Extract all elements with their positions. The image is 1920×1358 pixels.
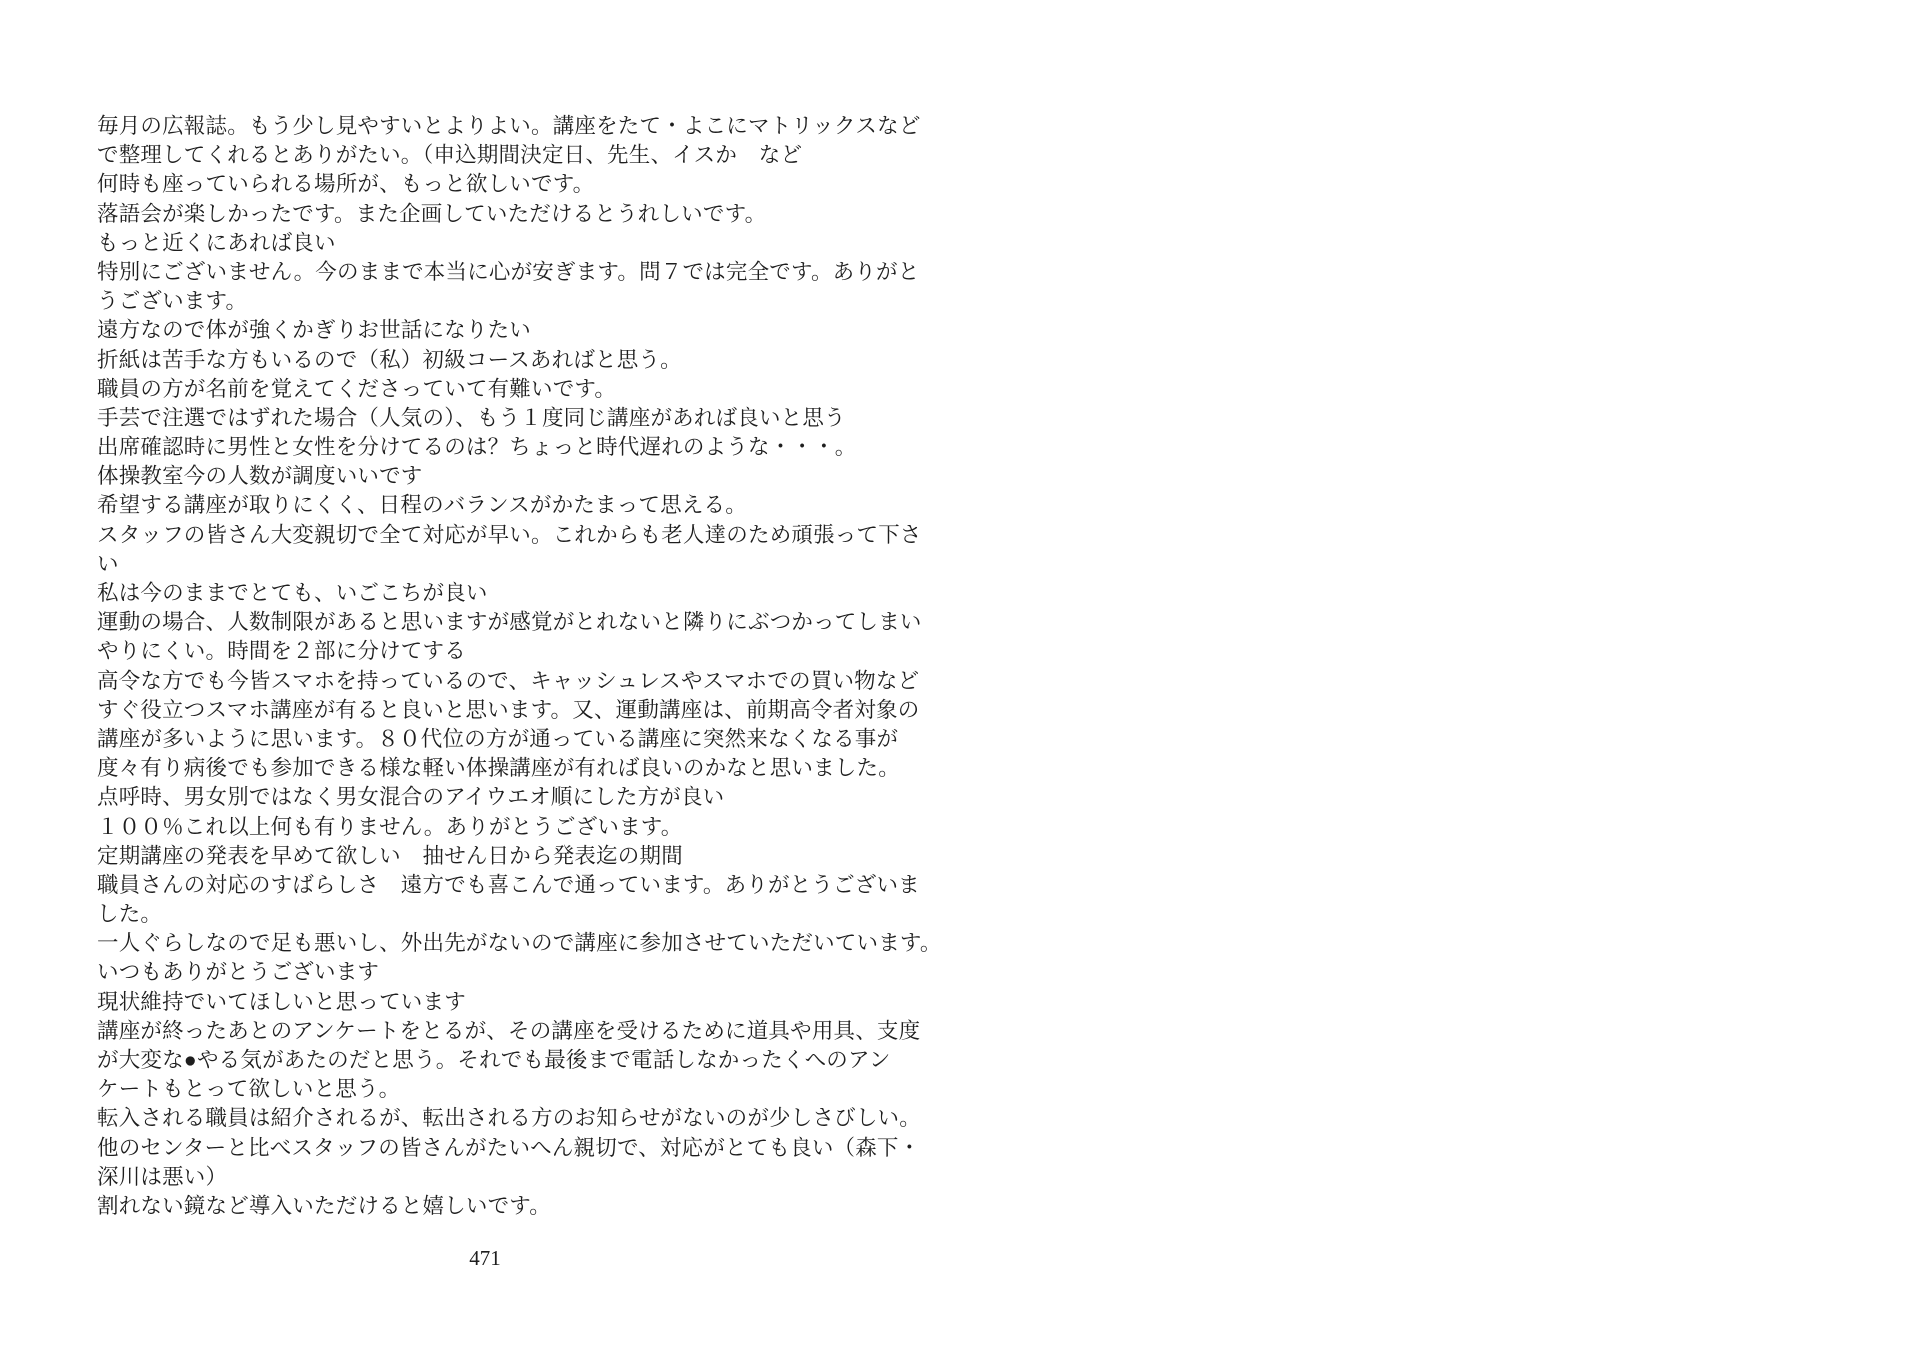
text-line: 何時も座っていられる場所が、もっと欲しいです。 xyxy=(97,170,877,199)
text-line: 深川は悪い） xyxy=(97,1163,877,1192)
text-line: １００％これ以上何も有りません。ありがとうございます。 xyxy=(97,813,877,842)
text-line: 職員の方が名前を覚えてくださっていて有難いです。 xyxy=(97,375,877,404)
text-line: すぐ役立つスマホ講座が有ると良いと思います。又、運動講座は、前期高令者対象の xyxy=(97,696,877,725)
text-line: 私は今のままでとても、いごこちが良い xyxy=(97,579,877,608)
text-line: 手芸で注選ではずれた場合（人気の）、もう１度同じ講座があれば良いと思う xyxy=(97,404,877,433)
text-line: が大変な●やる気があたのだと思う。それでも最後まで電話しなかったくへのアン xyxy=(97,1046,877,1075)
text-line: 希望する講座が取りにくく、日程のバランスがかたまって思える。 xyxy=(97,491,877,520)
text-line: 高令な方でも今皆スマホを持っているので、キャッシュレスやスマホでの買い物など xyxy=(97,667,877,696)
text-line: いつもありがとうございます xyxy=(97,958,877,987)
text-line: ケートもとって欲しいと思う。 xyxy=(97,1075,877,1104)
text-line: 毎月の広報誌。もう少し見やすいとよりよい。講座をたて・よこにマトリックスなど xyxy=(97,112,877,141)
text-line: 遠方なので体が強くかぎりお世話になりたい xyxy=(97,316,877,345)
text-line: 講座が多いように思います。８０代位の方が通っている講座に突然来なくなる事が xyxy=(97,725,877,754)
left-page: 毎月の広報誌。もう少し見やすいとよりよい。講座をたて・よこにマトリックスなどで整… xyxy=(0,0,960,1358)
left-page-text-block: 毎月の広報誌。もう少し見やすいとよりよい。講座をたて・よこにマトリックスなどで整… xyxy=(97,112,877,1221)
text-line: した。 xyxy=(97,900,877,929)
text-line: うございます。 xyxy=(97,287,877,316)
text-line: 割れない鏡など導入いただけると嬉しいです。 xyxy=(97,1192,877,1221)
right-page: ありがとうございます有りません特に無しですこのままで良い！このままがいい！欲を言… xyxy=(960,0,1920,1358)
text-line: 点呼時、男女別ではなく男女混合のアイウエオ順にした方が良い xyxy=(97,783,877,812)
text-line: 折紙は苦手な方もいるので（私）初級コースあればと思う。 xyxy=(97,346,877,375)
text-line: 職員さんの対応のすばらしさ 遠方でも喜こんで通っています。ありがとうございま xyxy=(97,871,877,900)
text-line: 他のセンターと比べスタッフの皆さんがたいへん親切で、対応がとても良い（森下・ xyxy=(97,1134,877,1163)
text-line: 落語会が楽しかったです。また企画していただけるとうれしいです。 xyxy=(97,200,877,229)
text-line: 度々有り病後でも参加できる様な軽い体操講座が有れば良いのかなと思いました。 xyxy=(97,754,877,783)
text-line: 出席確認時に男性と女性を分けてるのは？ちょっと時代遅れのような・・・。 xyxy=(97,433,877,462)
text-line: やりにくい。時間を２部に分けてする xyxy=(97,637,877,666)
text-line: 定期講座の発表を早めて欲しい 抽せん日から発表迄の期間 xyxy=(97,842,877,871)
text-line: で整理してくれるとありがたい。（申込期間決定日、先生、イスか など xyxy=(97,141,877,170)
text-line: 転入される職員は紹介されるが、転出される方のお知らせがないのが少しさびしい。 xyxy=(97,1104,877,1133)
text-line: スタッフの皆さん大変親切で全て対応が早い。これからも老人達のため頑張って下さ xyxy=(97,521,877,550)
text-line: 体操教室今の人数が調度いいです xyxy=(97,462,877,491)
text-line: 講座が終ったあとのアンケートをとるが、その講座を受けるために道具や用具、支度 xyxy=(97,1017,877,1046)
text-line: 現状維持でいてほしいと思っています xyxy=(97,988,877,1017)
page-number: 471 xyxy=(445,1246,525,1271)
text-line: 一人ぐらしなので足も悪いし、外出先がないので講座に参加させていただいています。 xyxy=(97,929,877,958)
text-line: もっと近くにあれば良い xyxy=(97,229,877,258)
text-line: 運動の場合、人数制限があると思いますが感覚がとれないと隣りにぶつかってしまい xyxy=(97,608,877,637)
text-line: 特別にございません。今のままで本当に心が安ぎます。問７では完全です。ありがと xyxy=(97,258,877,287)
text-line: い xyxy=(97,550,877,579)
